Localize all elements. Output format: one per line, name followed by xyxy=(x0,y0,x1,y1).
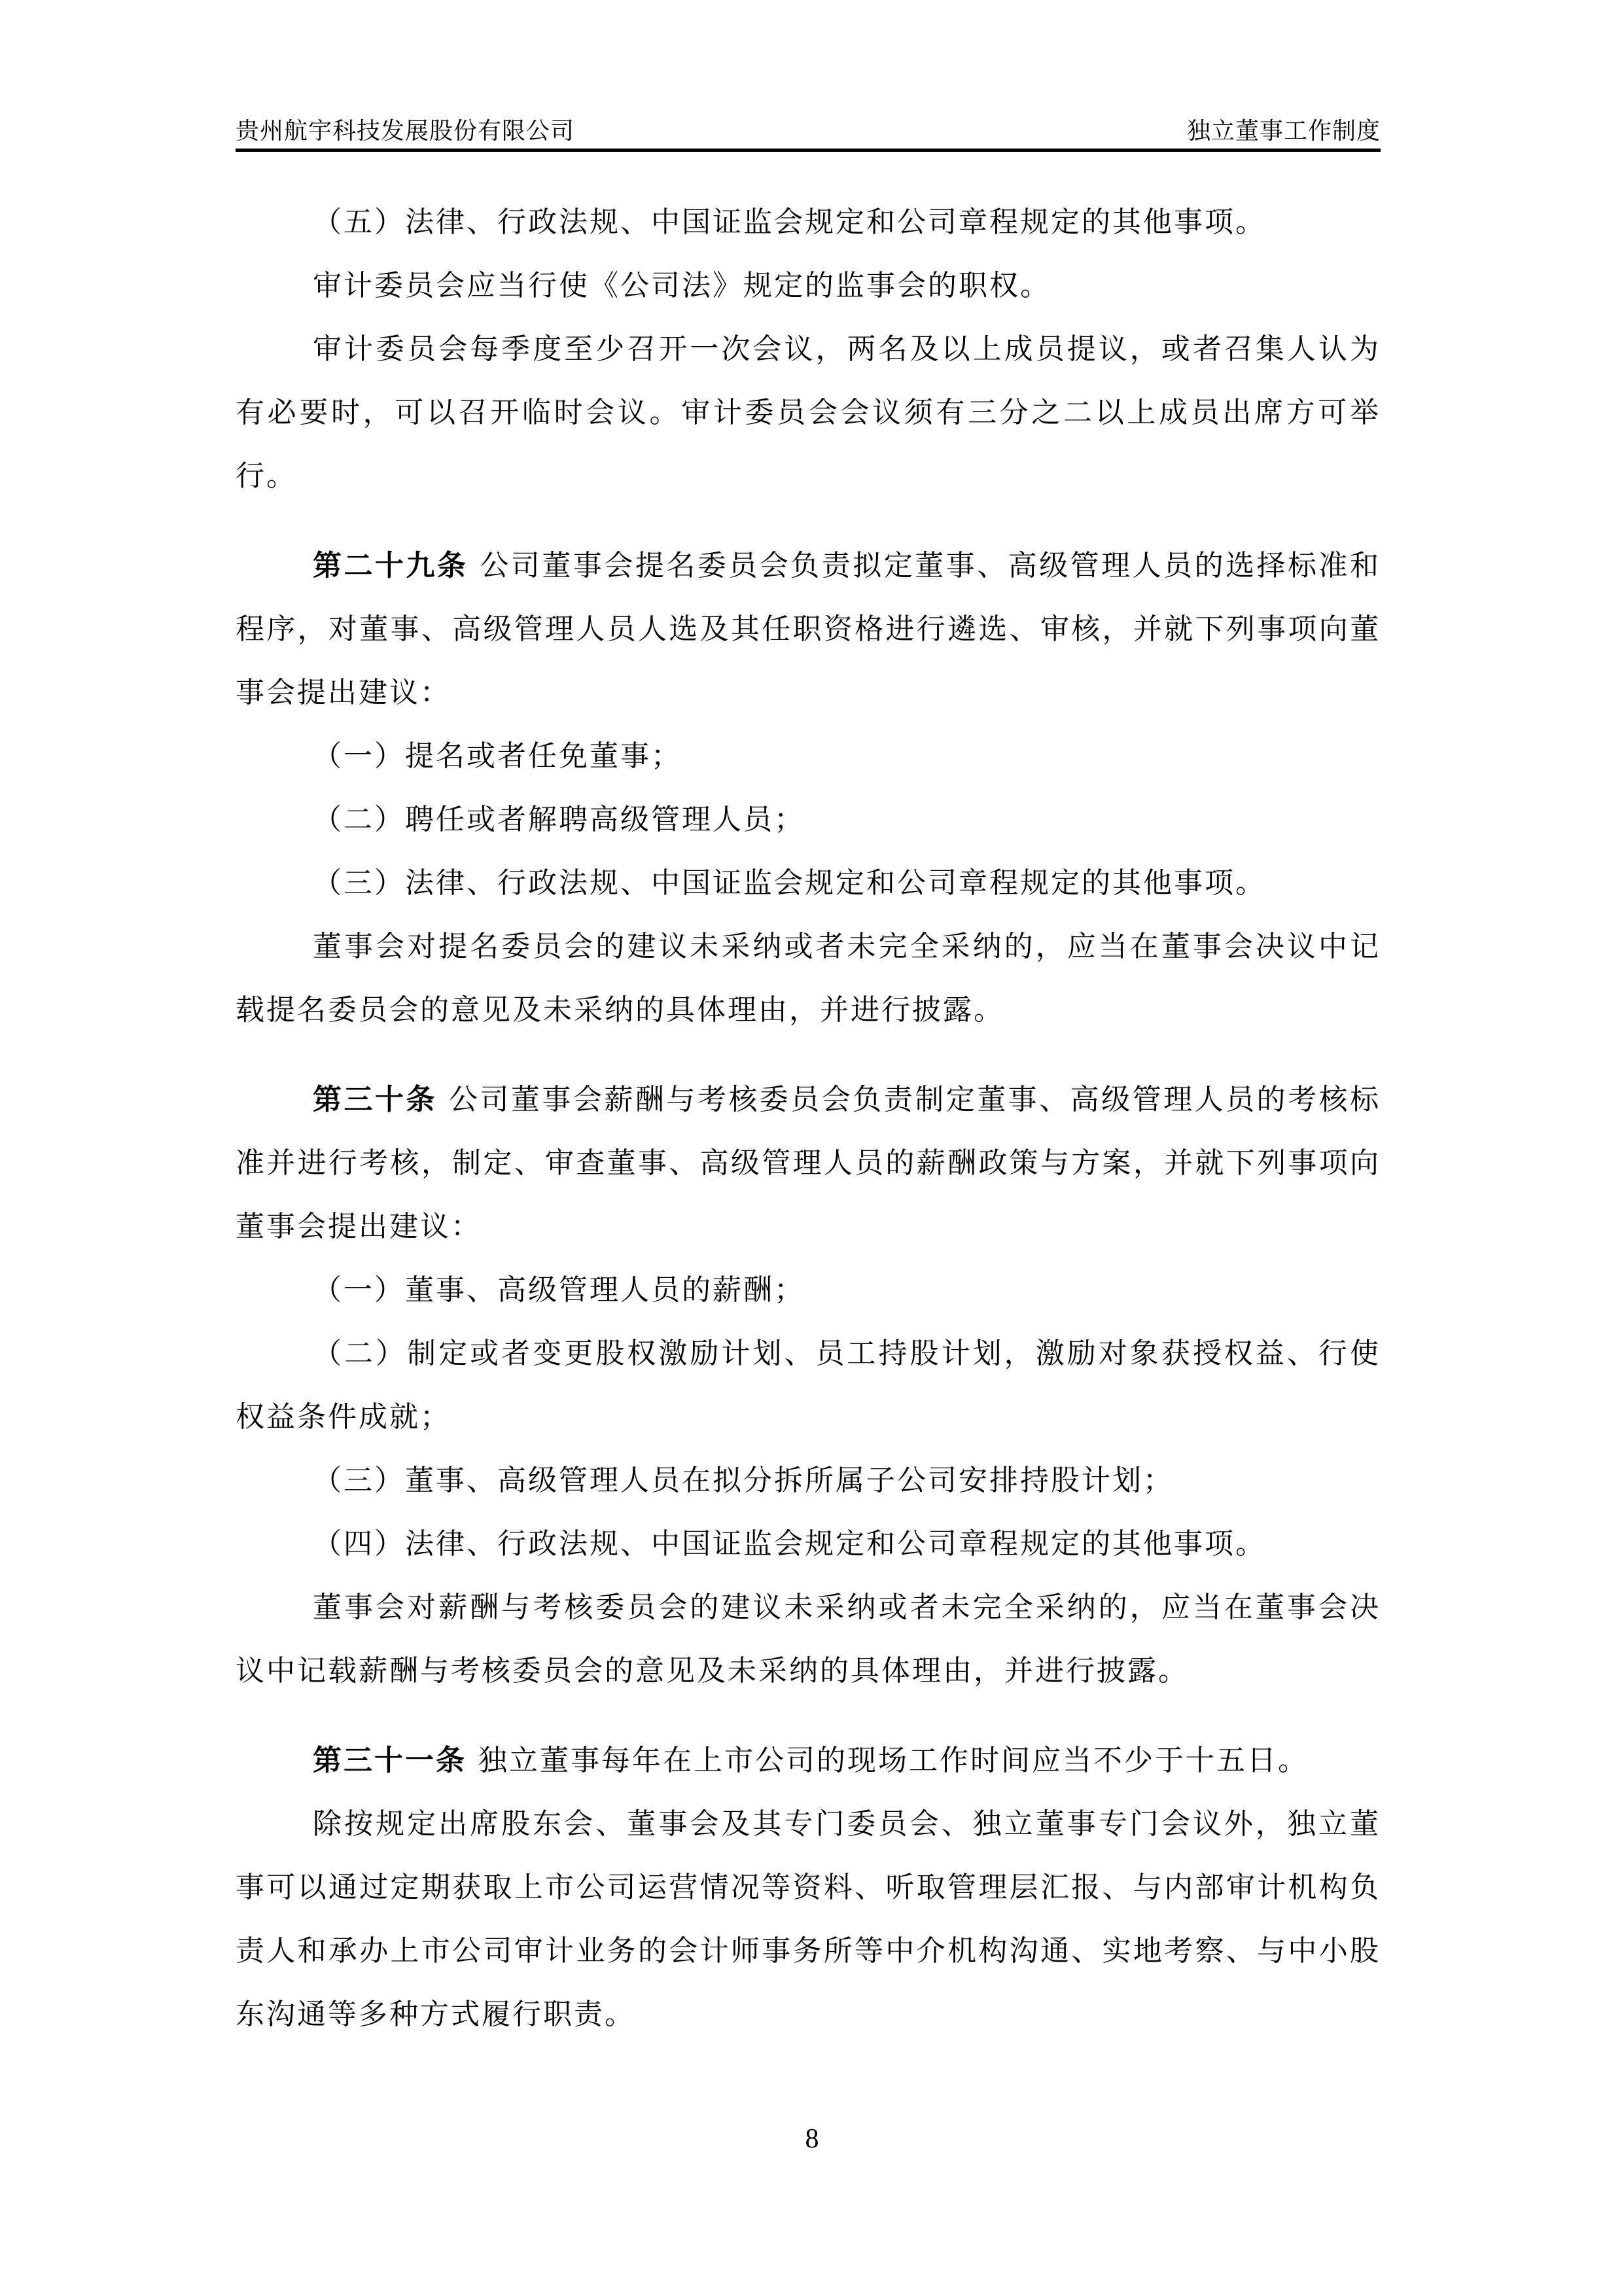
paragraph: 除按规定出席股东会、董事会及其专门委员会、独立董事专门会议外，独立董事可以通过定… xyxy=(236,1792,1381,2046)
paragraph: （一）董事、高级管理人员的薪酬； xyxy=(236,1258,1381,1322)
paragraph-text: （二）聘任或者解聘高级管理人员； xyxy=(313,804,805,836)
paragraph: （四）法律、行政法规、中国证监会规定和公司章程规定的其他事项。 xyxy=(236,1512,1381,1576)
paragraph-text: （二）制定或者变更股权激励计划、员工持股计划，激励对象获授权益、行使权益条件成就… xyxy=(236,1337,1381,1433)
paragraph: 董事会对提名委员会的建议未采纳或者未完全采纳的，应当在董事会决议中记载提名委员会… xyxy=(236,915,1381,1042)
paragraph: （二）聘任或者解聘高级管理人员； xyxy=(236,788,1381,851)
paragraph-text: （四）法律、行政法规、中国证监会规定和公司章程规定的其他事项。 xyxy=(313,1528,1266,1560)
paragraph: （一）提名或者任免董事； xyxy=(236,724,1381,788)
paragraph: 董事会对薪酬与考核委员会的建议未采纳或者未完全采纳的，应当在董事会决议中记载薪酬… xyxy=(236,1576,1381,1703)
paragraph-text: 董事会对提名委员会的建议未采纳或者未完全采纳的，应当在董事会决议中记载提名委员会… xyxy=(236,930,1381,1026)
document-page: 贵州航宇科技发展股份有限公司 独立董事工作制度 （五）法律、行政法规、中国证监会… xyxy=(0,0,1624,2296)
paragraph-text: 审计委员会应当行使《公司法》规定的监事会的职权。 xyxy=(313,270,1051,302)
paragraph-text: 除按规定出席股东会、董事会及其专门委员会、独立董事专门会议外，独立董事可以通过定… xyxy=(236,1808,1381,2030)
header-doc-title: 独立董事工作制度 xyxy=(1187,118,1381,144)
article-paragraph: 第三十一条独立董事每年在上市公司的现场工作时间应当不少于十五日。 xyxy=(236,1729,1381,1792)
paragraph: （三）董事、高级管理人员在拟分拆所属子公司安排持股计划； xyxy=(236,1449,1381,1512)
paragraph: （二）制定或者变更股权激励计划、员工持股计划，激励对象获授权益、行使权益条件成就… xyxy=(236,1322,1381,1449)
article-paragraph: 第三十条公司董事会薪酬与考核委员会负责制定董事、高级管理人员的考核标准并进行考核… xyxy=(236,1068,1381,1258)
header-company-name: 贵州航宇科技发展股份有限公司 xyxy=(236,118,574,144)
paragraph-text: （一）董事、高级管理人员的薪酬； xyxy=(313,1274,805,1306)
paragraph-text: 独立董事每年在上市公司的现场工作时间应当不少于十五日。 xyxy=(478,1744,1309,1776)
paragraph: 审计委员会每季度至少召开一次会议，两名及以上成员提议，或者召集人认为有必要时，可… xyxy=(236,317,1381,508)
paragraph: 审计委员会应当行使《公司法》规定的监事会的职权。 xyxy=(236,254,1381,317)
paragraph-text: （三）董事、高级管理人员在拟分拆所属子公司安排持股计划； xyxy=(313,1464,1174,1496)
document-body: （五）法律、行政法规、中国证监会规定和公司章程规定的其他事项。审计委员会应当行使… xyxy=(236,190,1381,2046)
paragraph-text: （三）法律、行政法规、中国证监会规定和公司章程规定的其他事项。 xyxy=(313,867,1266,899)
paragraph-text: （五）法律、行政法规、中国证监会规定和公司章程规定的其他事项。 xyxy=(313,206,1266,238)
article-number: 第三十一条 xyxy=(313,1744,467,1776)
article-number: 第二十九条 xyxy=(313,550,468,582)
page-number: 8 xyxy=(805,2124,819,2154)
paragraph: （三）法律、行政法规、中国证监会规定和公司章程规定的其他事项。 xyxy=(236,851,1381,915)
article-paragraph: 第二十九条公司董事会提名委员会负责拟定董事、高级管理人员的选择标准和程序，对董事… xyxy=(236,534,1381,724)
paragraph-text: （一）提名或者任免董事； xyxy=(313,740,682,772)
page-header: 贵州航宇科技发展股份有限公司 独立董事工作制度 xyxy=(236,0,1381,152)
paragraph: （五）法律、行政法规、中国证监会规定和公司章程规定的其他事项。 xyxy=(236,190,1381,254)
paragraph-text: 董事会对薪酬与考核委员会的建议未采纳或者未完全采纳的，应当在董事会决议中记载薪酬… xyxy=(236,1591,1381,1687)
article-number: 第三十条 xyxy=(313,1084,437,1116)
page-footer: 8 xyxy=(0,2125,1624,2153)
paragraph-text: 审计委员会每季度至少召开一次会议，两名及以上成员提议，或者召集人认为有必要时，可… xyxy=(236,333,1381,492)
